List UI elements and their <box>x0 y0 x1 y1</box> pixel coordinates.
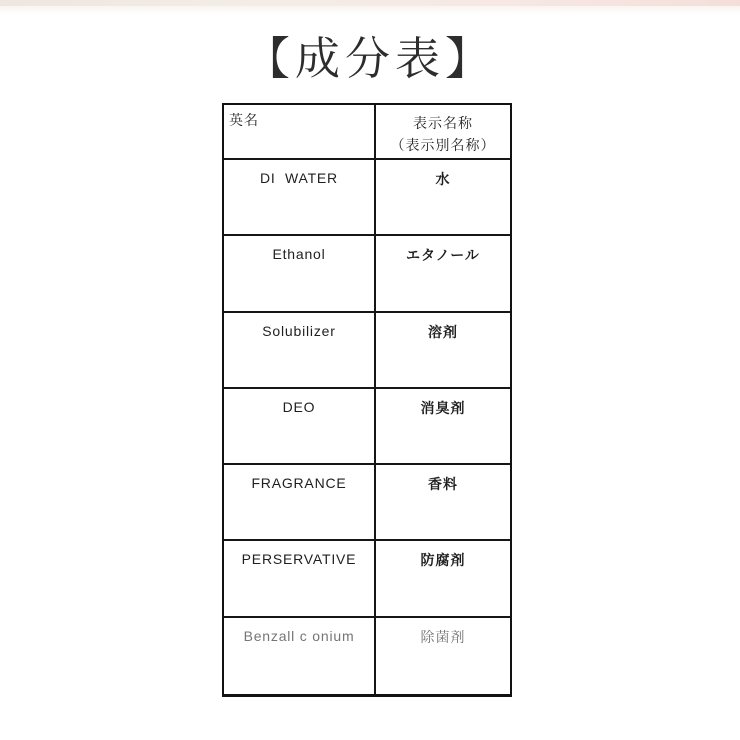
cell-english-name: Solubilizer <box>224 313 376 389</box>
header-cell-english-name: 英名 <box>224 105 376 160</box>
header-display-name-line2: （表示別名称） <box>376 134 510 156</box>
cell-japanese-name: 防腐剤 <box>376 541 510 617</box>
cell-english-name: PERSERVATIVE <box>224 541 376 617</box>
ingredient-table: 英名 表示名称 （表示別名称） DI WATER 水 Ethanol エタノール… <box>222 103 512 697</box>
cell-english-name: Benzall c onium <box>224 618 376 694</box>
cell-japanese-name: 水 <box>376 160 510 236</box>
cell-english-name: FRAGRANCE <box>224 465 376 541</box>
page-title: 【成分表】 <box>0 22 740 87</box>
top-border-strip-fade <box>0 6 740 14</box>
cell-english-name: DEO <box>224 389 376 465</box>
cell-english-name: Ethanol <box>224 236 376 312</box>
header-display-name-line1: 表示名称 <box>376 112 510 134</box>
cell-japanese-name: 溶剤 <box>376 313 510 389</box>
cell-japanese-name: 香料 <box>376 465 510 541</box>
cell-japanese-name: 消臭剤 <box>376 389 510 465</box>
header-cell-display-name: 表示名称 （表示別名称） <box>376 105 510 160</box>
cell-japanese-name: エタノール <box>376 236 510 312</box>
cell-english-name: DI WATER <box>224 160 376 236</box>
cell-japanese-name: 除菌剤 <box>376 618 510 694</box>
